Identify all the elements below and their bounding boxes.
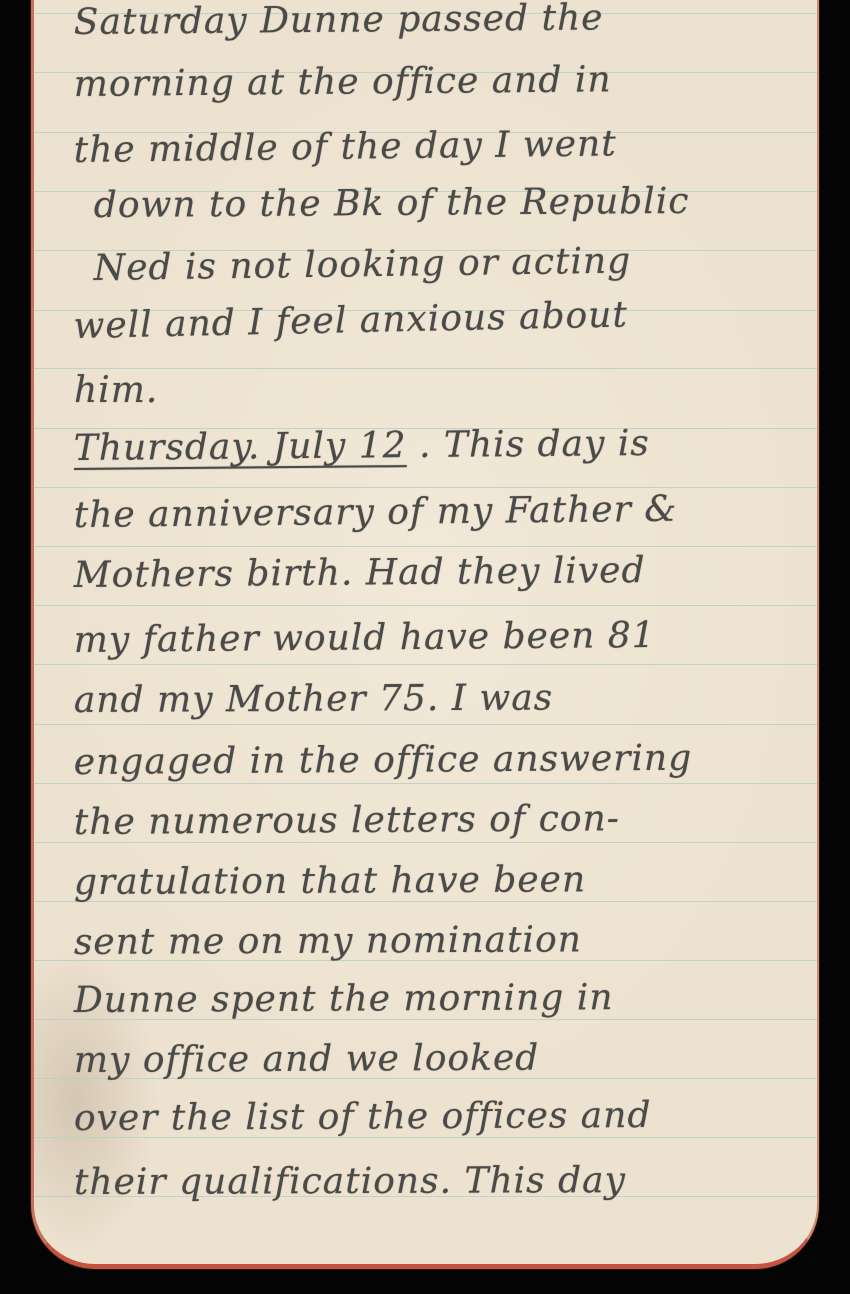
handwritten-text: Saturday Dunne passed the morning at the…	[74, 0, 797, 1264]
entry-date-heading: Thursday. July 12	[74, 425, 407, 469]
entry-thursday-line-6: engaged in the office answering	[74, 738, 693, 783]
entry-thursday-line-4: my father would have been 81	[74, 615, 656, 661]
entry-thursday-heading-line: Thursday. July 12 . This day is	[74, 423, 650, 469]
entry-thursday-line-12: over the list of the offices and	[74, 1095, 652, 1139]
entry-thursday-line-3: Mothers birth. Had they lived	[74, 550, 646, 596]
entry-thursday-line-10: Dunne spent the morning in	[74, 977, 614, 1021]
scanned-page-background: Saturday Dunne passed the morning at the…	[0, 0, 850, 1294]
entry-saturday-line-7: him.	[74, 370, 158, 411]
entry-thursday-line-9: sent me on my nomination	[74, 919, 582, 963]
entry-thursday-line-13: their qualifications. This day	[74, 1160, 626, 1203]
entry-saturday-line-6: well and I feel anxious about	[73, 294, 628, 347]
notebook-page: Saturday Dunne passed the morning at the…	[31, 0, 819, 1269]
entry-thursday-line-5: and my Mother 75. I was	[74, 677, 554, 721]
entry-saturday-line-1: Saturday Dunne passed the	[74, 0, 604, 43]
entry-thursday-line-11: my office and we looked	[74, 1038, 540, 1081]
entry-thursday-line-8: gratulation that have been	[74, 859, 586, 903]
entry-thursday-line-2: the anniversary of my Father &	[74, 489, 678, 536]
entry-saturday-line-5: Ned is not looking or acting	[93, 240, 631, 289]
entry-saturday-line-4: down to the Bk of the Republic	[94, 181, 690, 226]
entry-saturday-line-3: the middle of the day I went	[73, 123, 616, 171]
entry-thursday-line-7: the numerous letters of con-	[74, 798, 620, 843]
entry-saturday-line-2: morning at the office and in	[74, 59, 612, 105]
